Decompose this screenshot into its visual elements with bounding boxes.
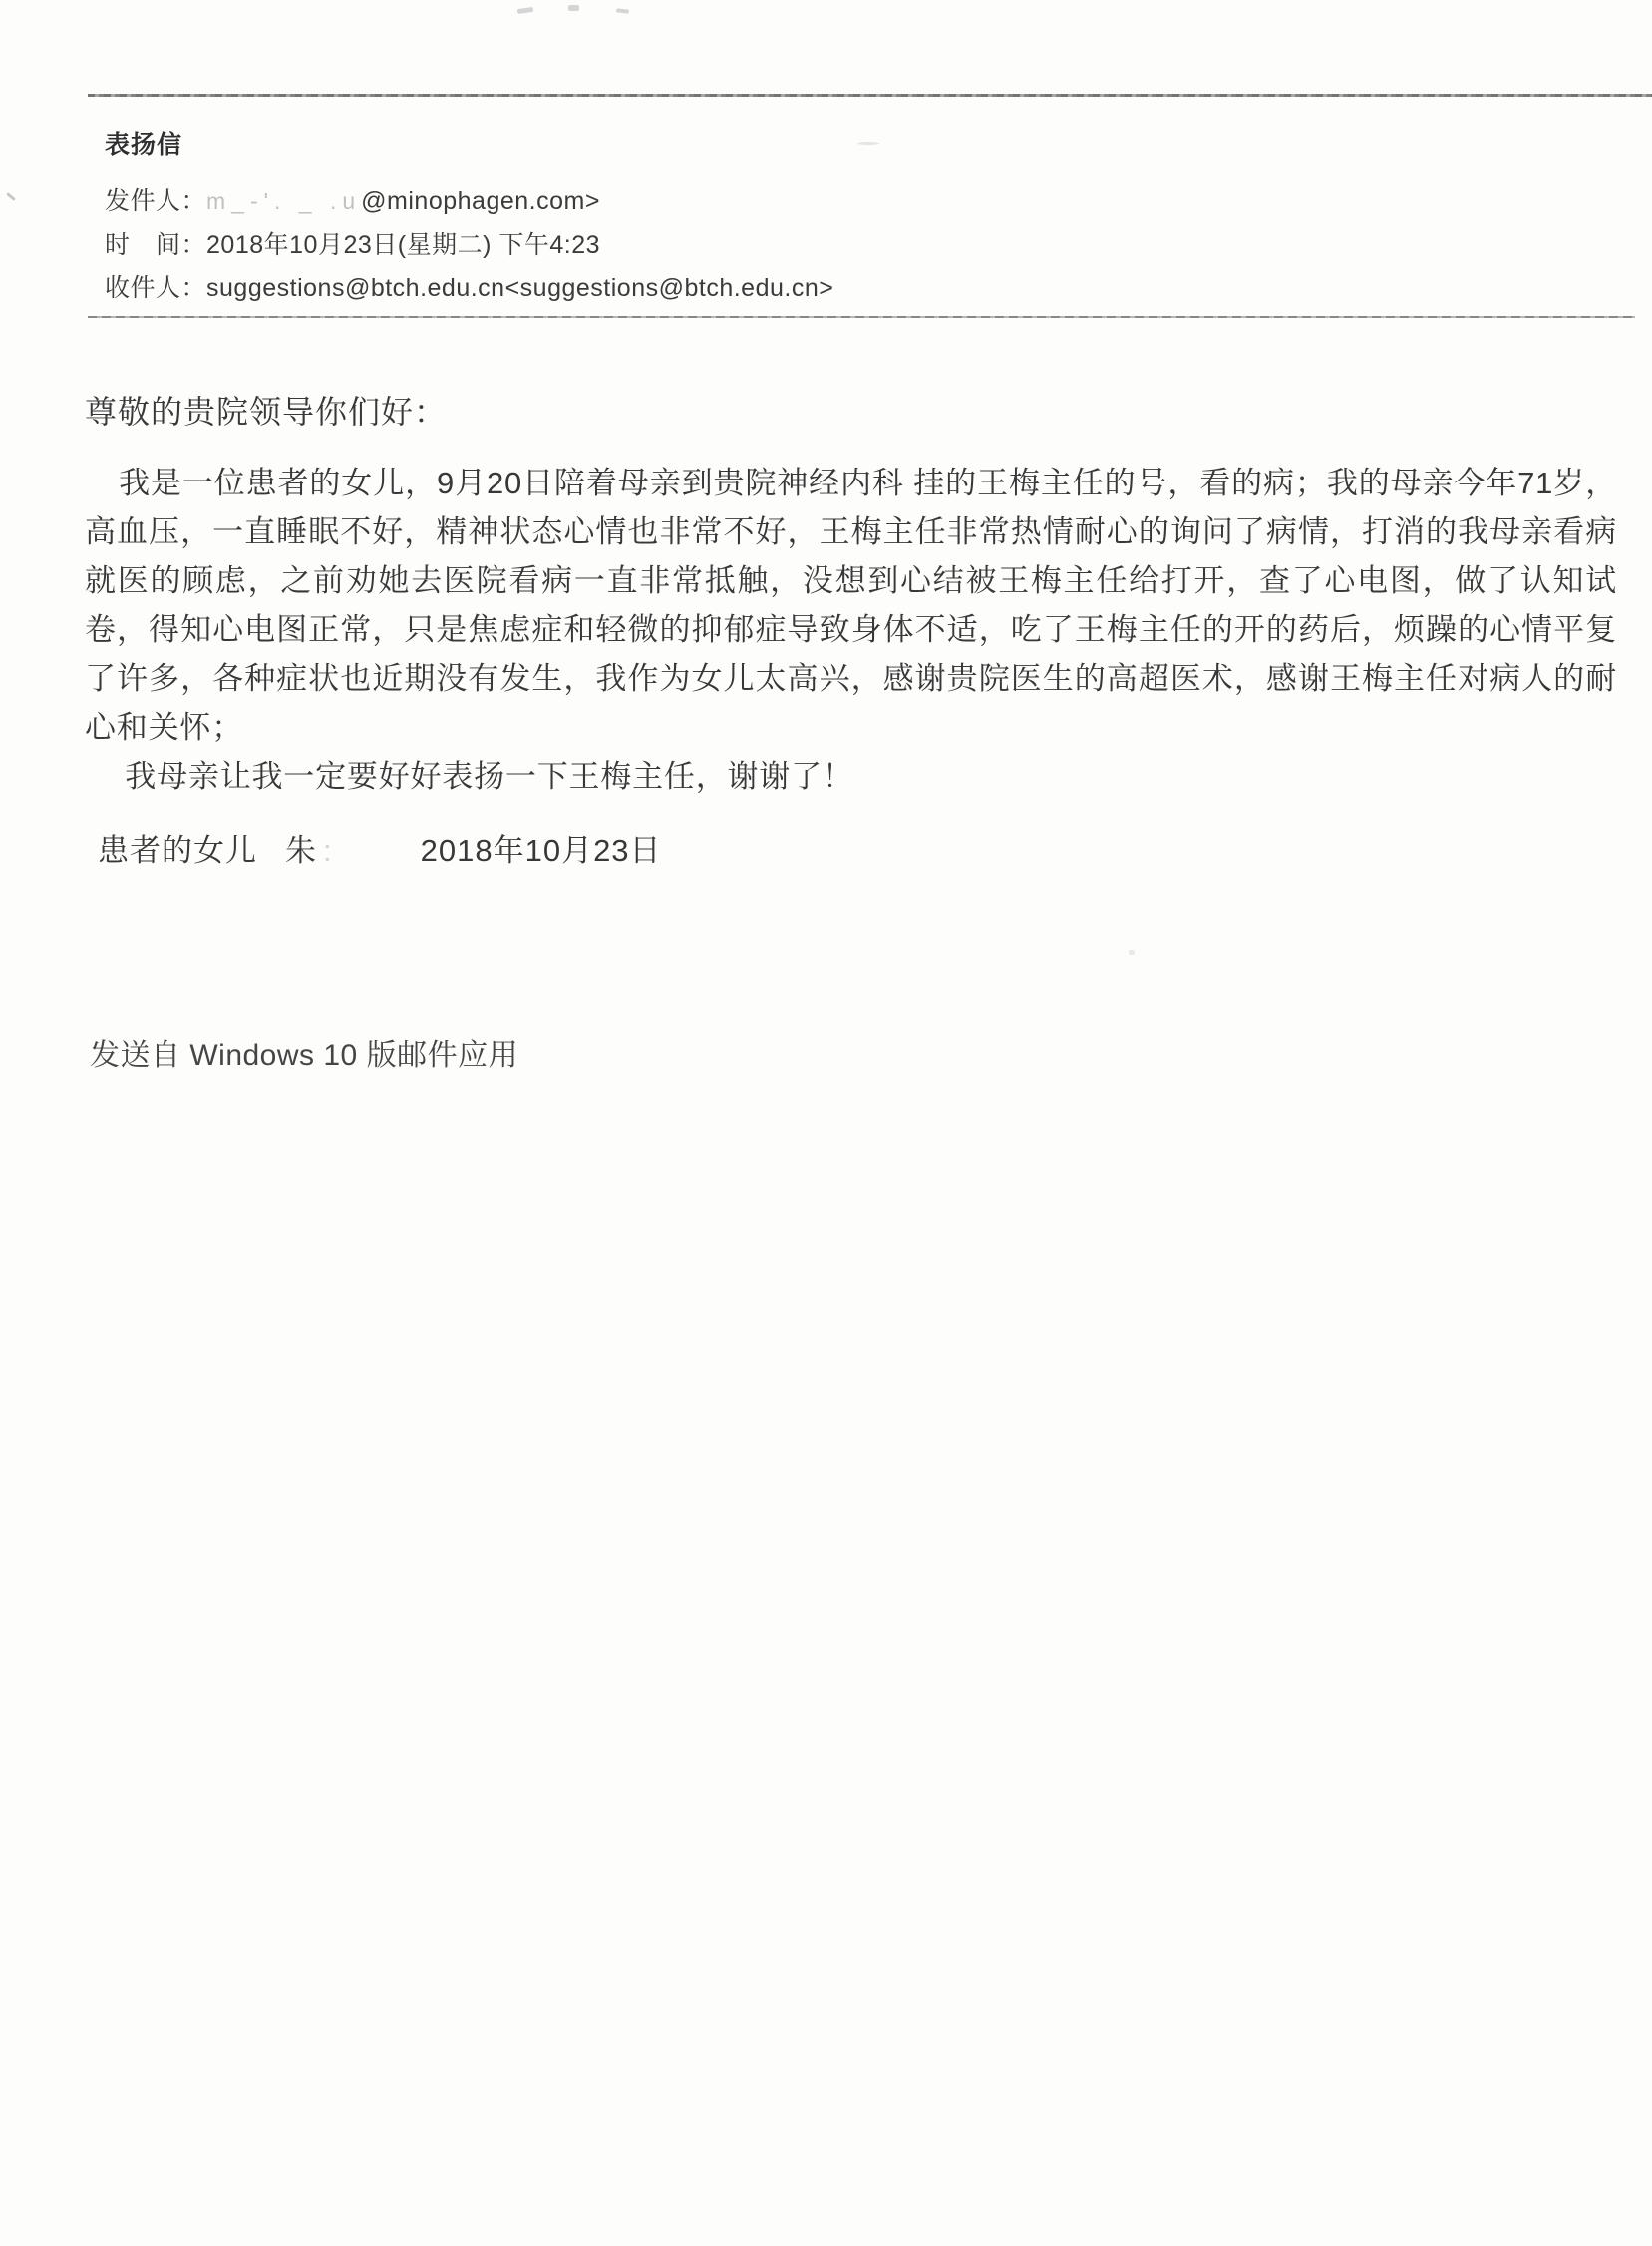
email-to-row: 收件人：suggestions@btch.edu.cn<suggestions@… [105,268,833,304]
time-value: 2018年10月23日(星期二) 下午4:23 [206,231,600,259]
letter-signature: 患者的女儿 朱 : 2018年10月23日 [98,825,662,870]
scan-artifact-speck [517,7,534,14]
from-address-domain: @minophagen.com> [361,187,600,215]
scan-artifact-speck [1129,950,1135,955]
letter-paragraph-2: 我母亲让我一定要好好表扬一下王梅主任，谢谢了！ [85,752,1617,801]
scan-artifact-speck [616,8,629,13]
scanned-email-page: 表扬信 发件人：m_-'. _ .u@minophagen.com> 时 间：2… [0,0,1652,2246]
email-subject: 表扬信 [105,125,182,160]
signature-role: 患者的女儿 [98,825,257,870]
letter-greeting: 尊敬的贵院领导你们好： [85,387,447,433]
email-from-row: 发件人：m_-'. _ .u@minophagen.com> [105,181,600,217]
letter-body: 我是一位患者的女儿，9月20日陪着母亲到贵院神经内科 挂的王梅主任的号，看的病；… [85,459,1617,801]
scan-artifact-speck [857,142,879,145]
letter-paragraph-1: 我是一位患者的女儿，9月20日陪着母亲到贵院神经内科 挂的王梅主任的号，看的病；… [85,459,1617,752]
header-divider-line [88,316,1635,318]
scan-artifact-speck [568,5,579,11]
scan-artifact-speck [6,192,16,201]
sent-from-note: 发送自 Windows 10 版邮件应用 [90,1030,518,1074]
from-address-redacted: m_-'. _ .u [206,188,361,214]
email-time-row: 时 间：2018年10月23日(星期二) 下午4:23 [105,225,600,261]
to-value: suggestions@btch.edu.cn<suggestions@btch… [206,274,833,302]
time-label: 时 间： [105,231,206,259]
signature-date: 2018年10月23日 [421,825,662,870]
from-label: 发件人： [105,187,206,215]
to-label: 收件人： [105,274,206,302]
scan-artifact-top-line [88,94,1652,97]
signature-name-redacted: : [323,833,333,869]
signature-name: 朱 [285,825,317,870]
